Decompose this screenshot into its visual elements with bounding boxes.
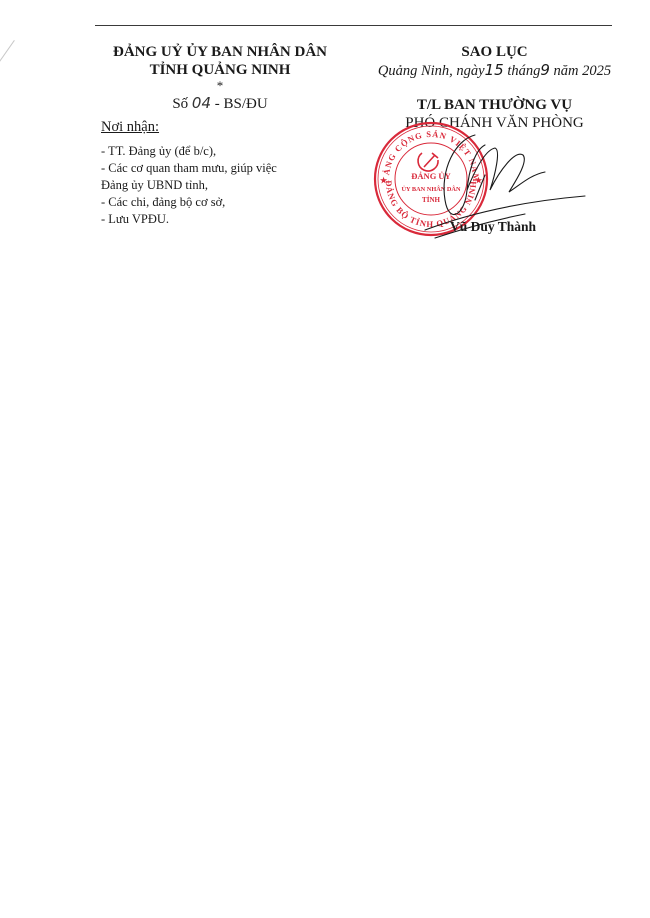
copy-title: SAO LỤC [362,43,627,61]
recipient-item: - Các chi, đảng bộ cơ sở, [101,194,345,211]
recipients-list: - TT. Đảng ủy (để b/c), - Các cơ quan th… [101,143,345,228]
doc-number-handwritten: 04 [192,94,211,112]
recipient-item: - Các cơ quan tham mưu, giúp việc [101,160,345,177]
star-separator: * [95,81,345,91]
svg-text:★: ★ [380,176,388,185]
recipient-item: - TT. Đảng ủy (để b/c), [101,143,345,160]
place-label: Quảng Ninh, ngày [378,63,485,79]
month-handwritten: 9 [540,61,550,79]
doc-number-prefix: Số [172,96,188,112]
header-rule [95,25,612,26]
issuer-org-line1: ĐẢNG UỶ ỦY BAN NHÂN DÂN [95,43,345,61]
issuer-block: ĐẢNG UỶ ỦY BAN NHÂN DÂN TỈNH QUẢNG NINH … [95,43,345,228]
on-behalf-title: T/L BAN THƯỜNG VỤ [362,96,627,114]
recipient-item: - Lưu VPĐU. [101,211,345,228]
place-date: Quảng Ninh, ngày15 tháng9 năm 2025 [362,61,627,80]
scan-artifact [0,40,15,67]
day-handwritten: 15 [485,61,504,79]
document-number: Số 04 - BS/ĐU [95,93,345,114]
month-label: tháng [507,63,540,79]
signer-name: Vũ Duy Thành [450,219,536,235]
doc-number-suffix: - BS/ĐU [215,96,268,112]
copy-block: SAO LỤC Quảng Ninh, ngày15 tháng9 năm 20… [362,43,627,132]
issuer-org-line2: TỈNH QUẢNG NINH [95,61,345,79]
recipients-heading: Nơi nhận: [101,117,345,137]
year-label: năm 2025 [554,63,612,79]
recipient-item: Đảng ủy UBND tỉnh, [101,177,345,194]
